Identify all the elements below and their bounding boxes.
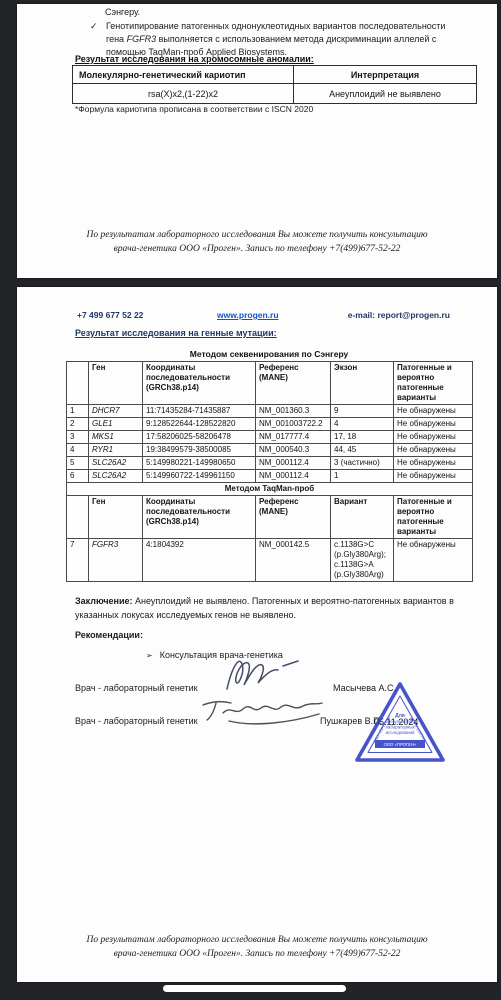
table-cell: 11:71435284-71435887	[143, 405, 256, 418]
document-page-1: Сэнгеру. ✓ Генотипирование патогенных од…	[17, 4, 497, 278]
gene-col-header: Ген	[89, 496, 143, 539]
karyotype-table: Молекулярно-генетический кариотип Интерп…	[72, 65, 477, 104]
table-cell: 44, 45	[331, 444, 394, 457]
table-cell: MKS1	[89, 431, 143, 444]
row-number-col-header	[67, 496, 89, 539]
table-cell: 19:38499579-38500085	[143, 444, 256, 457]
interpretation-col-header: Интерпретация	[294, 66, 477, 84]
svg-text:ООО «ПРОГЕН»: ООО «ПРОГЕН»	[384, 742, 417, 747]
table-cell: NM_000540.3	[256, 444, 331, 457]
table-cell: 5	[67, 457, 89, 470]
table-cell: SLC26A2	[89, 470, 143, 483]
page2-footer: По результатам лабораторного исследовани…	[17, 933, 497, 961]
taqman-caption-row: Методом TaqMan-проб	[67, 483, 473, 496]
intro-tail-text: Сэнгеру.	[105, 6, 465, 19]
table-cell: NM_000142.5	[256, 539, 331, 582]
handwritten-signature-2	[195, 695, 335, 729]
arrow-bullet-icon: ➢	[146, 651, 153, 660]
table-cell: Не обнаружены	[394, 431, 473, 444]
coordinates-col-header: Координаты последовательности (GRCh38.p1…	[143, 496, 256, 539]
sanger-rows: 1DHCR711:71435284-71435887NM_001360.39Не…	[67, 405, 473, 483]
table-cell: 17, 18	[331, 431, 394, 444]
table-row: 4RYR119:38499579-38500085NM_000540.344, …	[67, 444, 473, 457]
table-row: 1DHCR711:71435284-71435887NM_001360.39Не…	[67, 405, 473, 418]
row-number-col-header	[67, 362, 89, 405]
coordinates-col-header: Координаты последовательности (GRCh38.p1…	[143, 362, 256, 405]
gene-mutations-section-title: Результат исследования на генные мутации…	[75, 328, 277, 338]
taqman-rows: 7FGFR34:1804392NM_000142.5c.1138G>C (p.G…	[67, 539, 473, 582]
variant-col-header: Вариант	[331, 496, 394, 539]
table-row: 7FGFR34:1804392NM_000142.5c.1138G>C (p.G…	[67, 539, 473, 582]
phone-number: +7 499 677 52 22	[77, 310, 143, 320]
document-page-2: +7 499 677 52 22 www.progen.ru e-mail: r…	[17, 287, 497, 982]
table-cell: 5:149960722-149961150	[143, 470, 256, 483]
table-cell: 4	[67, 444, 89, 457]
table-cell: 2	[67, 418, 89, 431]
contact-row: +7 499 677 52 22 www.progen.ru e-mail: r…	[17, 310, 497, 322]
table-cell: NM_001003722.2	[256, 418, 331, 431]
taqman-method-caption: Методом TaqMan-проб	[67, 483, 473, 496]
table-cell: 3 (частично)	[331, 457, 394, 470]
table-row: 2GLE19:128522644-128522820NM_001003722.2…	[67, 418, 473, 431]
conclusion-text: Анеуплоидий не выявлено. Патогенных и ве…	[75, 596, 454, 620]
table-cell: c.1138G>C (p.Gly380Arg); c.1138G>A (p.Gl…	[331, 539, 394, 582]
table-cell: 4:1804392	[143, 539, 256, 582]
exon-col-header: Экзон	[331, 362, 394, 405]
table-cell: 5:149980221-149980650	[143, 457, 256, 470]
svg-text:исследований: исследований	[386, 730, 415, 735]
reference-col-header: Референс (MANE)	[256, 362, 331, 405]
table-cell: 7	[67, 539, 89, 582]
table-cell: 3	[67, 431, 89, 444]
table-row: 6SLC26A25:149960722-149961150NM_000112.4…	[67, 470, 473, 483]
table-cell: 9:128522644-128522820	[143, 418, 256, 431]
table-cell: SLC26A2	[89, 457, 143, 470]
table-cell: Не обнаружены	[394, 405, 473, 418]
table-cell: NM_017777.4	[256, 431, 331, 444]
table-row: 3MKS117:58206025-58206478NM_017777.417, …	[67, 431, 473, 444]
handwritten-signature-1	[215, 651, 315, 697]
karyotype-value: rsa(X)x2,(1-22)x2	[73, 84, 294, 104]
reference-col-header: Референс (MANE)	[256, 496, 331, 539]
table-cell: 6	[67, 470, 89, 483]
sanger-method-caption: Методом секвенирования по Сэнгеру	[66, 349, 472, 359]
interpretation-value: Анеуплоидий не выявлено	[294, 84, 477, 104]
page1-footer: По результатам лабораторного исследовани…	[17, 228, 497, 256]
karyotype-col-header: Молекулярно-генетический кариотип	[73, 66, 294, 84]
svg-text:лабораторных: лабораторных	[385, 725, 415, 730]
table-cell: GLE1	[89, 418, 143, 431]
website-link[interactable]: www.progen.ru	[217, 310, 279, 320]
table-cell: RYR1	[89, 444, 143, 457]
conclusion-label: Заключение:	[75, 596, 133, 606]
table-cell: Не обнаружены	[394, 418, 473, 431]
table-cell: 4	[331, 418, 394, 431]
karyotype-header-row: Молекулярно-генетический кариотип Интерп…	[73, 66, 477, 84]
gene-col-header: Ген	[89, 362, 143, 405]
table-cell: 1	[67, 405, 89, 418]
sanger-header-row: Ген Координаты последовательности (GRCh3…	[67, 362, 473, 405]
email-address[interactable]: e-mail: report@progen.ru	[348, 310, 450, 320]
table-cell: Не обнаружены	[394, 457, 473, 470]
footer-line-2: врача-генетика ООО «Проген». Запись по т…	[17, 947, 497, 961]
table-cell: DHCR7	[89, 405, 143, 418]
footer-line-1: По результатам лабораторного исследовани…	[17, 933, 497, 947]
home-indicator-bar[interactable]	[163, 985, 346, 992]
triangle-stamp: Для результатов лабораторных исследовани…	[353, 681, 447, 765]
footer-line-1: По результатам лабораторного исследовани…	[17, 228, 497, 242]
table-cell: FGFR3	[89, 539, 143, 582]
footer-line-2: врача-генетика ООО «Проген». Запись по т…	[17, 242, 497, 256]
table-cell: 1	[331, 470, 394, 483]
table-cell: Не обнаружены	[394, 539, 473, 582]
pathogenic-col-header: Патогенные и вероятно патогенные вариант…	[394, 496, 473, 539]
table-cell: 9	[331, 405, 394, 418]
karyotype-data-row: rsa(X)x2,(1-22)x2 Анеуплоидий не выявлен…	[73, 84, 477, 104]
table-cell: NM_000112.4	[256, 457, 331, 470]
doctor-role-label: Врач - лабораторный генетик	[75, 716, 198, 726]
page1-body: Сэнгеру. ✓ Генотипирование патогенных од…	[75, 6, 465, 59]
table-row: 5SLC26A25:149980221-149980650NM_000112.4…	[67, 457, 473, 470]
table-cell: Не обнаружены	[394, 470, 473, 483]
gene-mutations-table: Ген Координаты последовательности (GRCh3…	[66, 361, 473, 582]
iscn-footnote: *Формула кариотипа прописана в соответст…	[75, 104, 313, 114]
conclusion-paragraph: Заключение: Анеуплоидий не выявлено. Пат…	[75, 595, 467, 622]
chromosome-anomalies-section-title: Результат исследования на хромосомные ан…	[75, 54, 314, 64]
table-cell: Не обнаружены	[394, 444, 473, 457]
pathogenic-col-header: Патогенные и вероятно патогенные вариант…	[394, 362, 473, 405]
doctor-role-label: Врач - лабораторный генетик	[75, 683, 198, 693]
recommendations-label: Рекомендации:	[75, 630, 143, 640]
svg-text:результатов: результатов	[388, 719, 413, 724]
table-cell: NM_001360.3	[256, 405, 331, 418]
taqman-header-row: Ген Координаты последовательности (GRCh3…	[67, 496, 473, 539]
table-cell: NM_000112.4	[256, 470, 331, 483]
table-cell: 17:58206025-58206478	[143, 431, 256, 444]
gene-name-fgfr3: FGFR3	[127, 34, 157, 44]
